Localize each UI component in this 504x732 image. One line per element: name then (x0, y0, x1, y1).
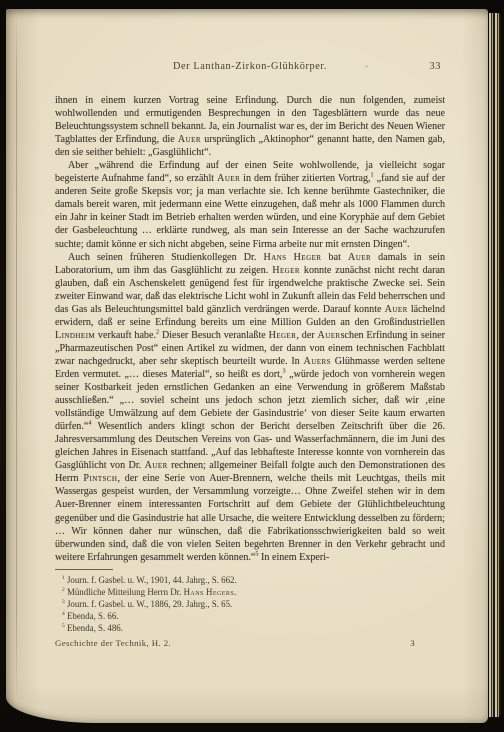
footnote-line: 5 Ebenda, S. 486. (55, 622, 445, 634)
series-title: Geschichte der Technik, H. 2. (55, 638, 171, 648)
signature-number: 3 (410, 638, 415, 648)
book-page-edges (489, 13, 501, 717)
chapter-title: Der Lanthan-Zirkon-Glühkörper. (173, 61, 327, 72)
footnote-rule (55, 569, 113, 570)
book-page: Der Lanthan-Zirkon-Glühkörper. - 33 ihne… (6, 9, 488, 723)
page-number: 33 (430, 61, 442, 72)
footnote-line: 4 Ebenda, S. 66. (55, 610, 445, 622)
page-content: Der Lanthan-Zirkon-Glühkörper. - 33 ihne… (6, 9, 488, 723)
header-separator: - (365, 61, 369, 72)
page-footer: Geschichte der Technik, H. 2. 3 (55, 638, 445, 648)
body-text: ihnen in einem kurzen Vortrag seine Erfi… (55, 94, 445, 564)
footnotes: 1 Journ. f. Gasbel. u. W., 1901, 44. Jah… (55, 574, 445, 634)
footnote-line: 1 Journ. f. Gasbel. u. W., 1901, 44. Jah… (55, 574, 445, 586)
footnote-line: 2 Mündliche Mitteilung Herrn Dr. Hans He… (55, 586, 445, 598)
scanned-book-photo: Der Lanthan-Zirkon-Glühkörper. - 33 ihne… (0, 0, 504, 732)
body-paragraph: ihnen in einem kurzen Vortrag seine Erfi… (55, 94, 445, 159)
body-paragraph: Auch seinen früheren Studienkollegen Dr.… (55, 251, 445, 564)
running-header: Der Lanthan-Zirkon-Glühkörper. - 33 (55, 61, 445, 74)
footnote-line: 3 Journ. f. Gasbel. u. W., 1886, 29. Jah… (55, 598, 445, 610)
body-paragraph: Aber „während die Erfindung auf der eine… (55, 159, 445, 250)
